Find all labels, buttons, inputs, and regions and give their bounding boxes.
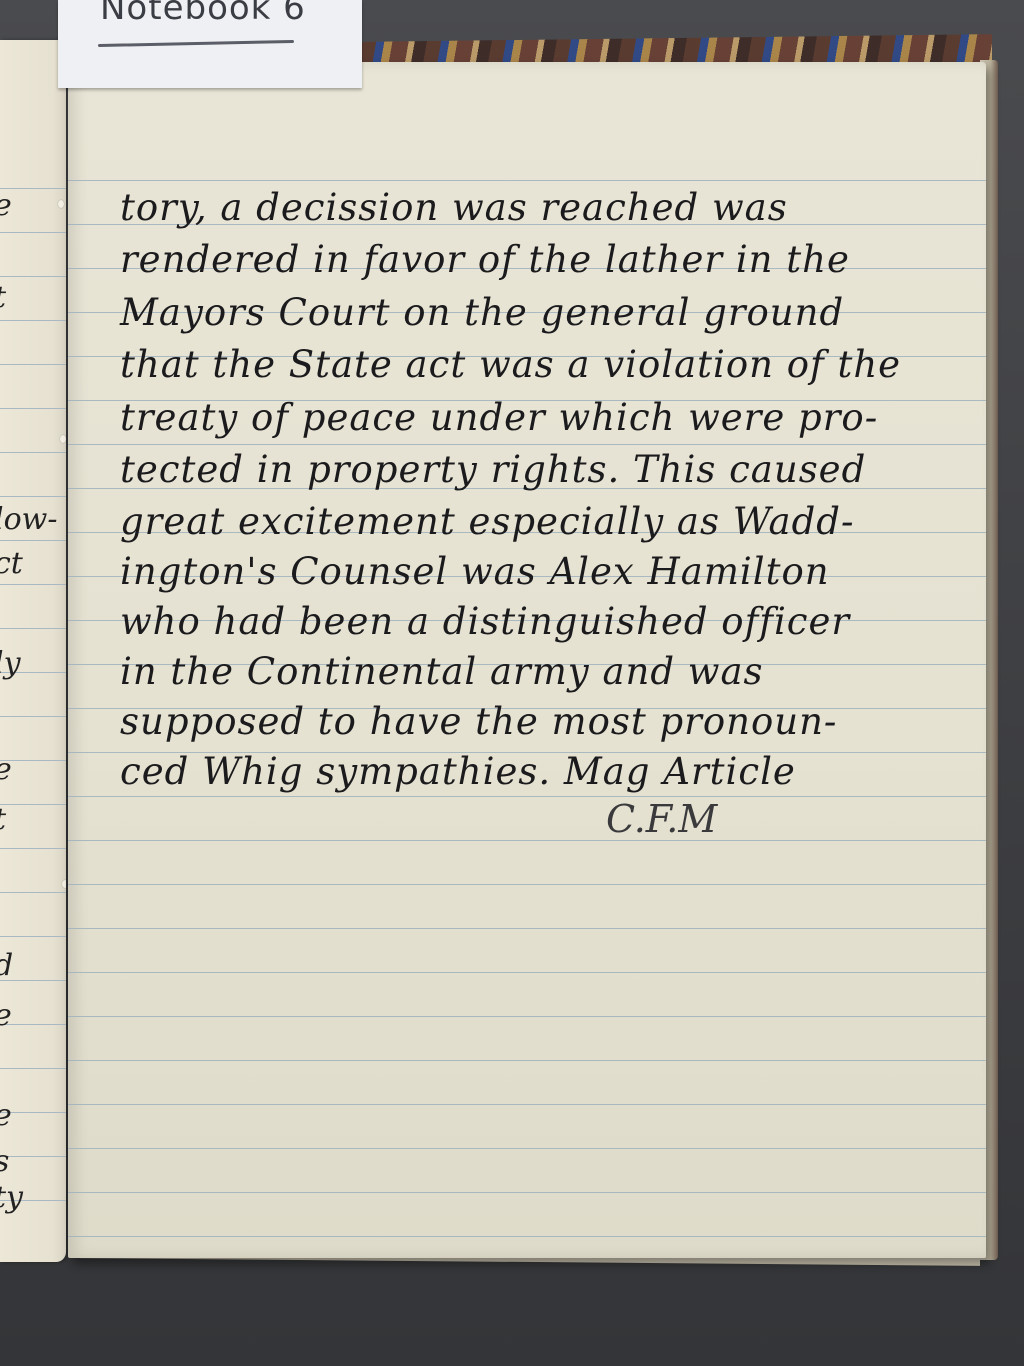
ruled-line xyxy=(68,444,986,445)
signature-initials: C.F.M xyxy=(606,797,717,841)
handwritten-line: supposed to have the most pronoun- xyxy=(120,700,837,743)
ruled-line xyxy=(68,1016,986,1017)
ruled-line xyxy=(0,716,66,717)
ruled-line xyxy=(0,452,66,453)
handwritten-line: ington's Counsel was Alex Hamilton xyxy=(120,550,830,593)
left-page-fragment: t xyxy=(0,280,6,315)
notebook-page: tory, a decission was reached was render… xyxy=(68,62,986,1258)
handwritten-line: rendered in favor of the lather in the xyxy=(120,238,850,281)
handwritten-line: who had been a distinguished officer xyxy=(120,600,850,643)
ruled-line xyxy=(0,1068,66,1069)
ruled-line xyxy=(68,884,986,885)
left-page-fragment: e xyxy=(0,1098,12,1133)
binding-hole xyxy=(58,200,64,208)
left-page-fragment: d xyxy=(0,948,13,983)
handwritten-line: treaty of peace under which were pro- xyxy=(120,396,878,439)
ruled-line xyxy=(0,628,66,629)
left-facing-page: e t low- ct ly e t d e e s ty xyxy=(0,40,66,1262)
ruled-line xyxy=(68,840,986,841)
ruled-line xyxy=(0,276,66,277)
binding-hole xyxy=(62,880,66,888)
handwritten-line: that the State act was a violation of th… xyxy=(120,343,901,386)
handwritten-line: ced Whig sympathies. Mag Article xyxy=(120,750,796,793)
ruled-line xyxy=(68,928,986,929)
ruled-line xyxy=(0,408,66,409)
label-underline xyxy=(98,40,294,47)
ruled-line xyxy=(68,1060,986,1061)
archive-label: Notebook 6 xyxy=(58,0,362,88)
left-page-fragment: low- xyxy=(0,502,57,537)
ruled-line xyxy=(68,1236,986,1237)
left-page-fragment: e xyxy=(0,998,12,1033)
handwritten-line: Mayors Court on the general ground xyxy=(120,291,844,334)
left-page-fragment: e xyxy=(0,188,12,223)
ruled-line xyxy=(0,232,66,233)
ruled-line xyxy=(0,584,66,585)
handwritten-line: in the Continental army and was xyxy=(120,650,764,693)
ruled-line xyxy=(0,936,66,937)
left-page-fragment: ct xyxy=(0,546,23,581)
handwritten-line: tory, a decission was reached was xyxy=(120,186,788,229)
ruled-line xyxy=(0,364,66,365)
ruled-line xyxy=(0,496,66,497)
left-page-fragment: t xyxy=(0,802,6,837)
binding-hole xyxy=(60,435,66,443)
handwritten-line: great excitement especially as Wadd- xyxy=(120,500,854,543)
handwritten-line: tected in property rights. This caused xyxy=(120,448,866,491)
left-page-fragment: e xyxy=(0,752,12,787)
ruled-line xyxy=(68,1148,986,1149)
left-page-fragment: s xyxy=(0,1144,9,1179)
left-page-fragment: ty xyxy=(0,1180,23,1215)
ruled-line xyxy=(68,1104,986,1105)
ruled-line xyxy=(68,1192,986,1193)
ruled-line xyxy=(68,796,986,797)
ruled-line xyxy=(0,1156,66,1157)
ruled-line xyxy=(68,972,986,973)
label-text: Notebook 6 xyxy=(100,0,306,28)
ruled-line xyxy=(0,848,66,849)
left-page-fragment: ly xyxy=(0,646,21,681)
ruled-line xyxy=(68,180,986,181)
ruled-line xyxy=(0,540,66,541)
ruled-line xyxy=(0,320,66,321)
ruled-line xyxy=(0,892,66,893)
ruled-line xyxy=(0,804,66,805)
